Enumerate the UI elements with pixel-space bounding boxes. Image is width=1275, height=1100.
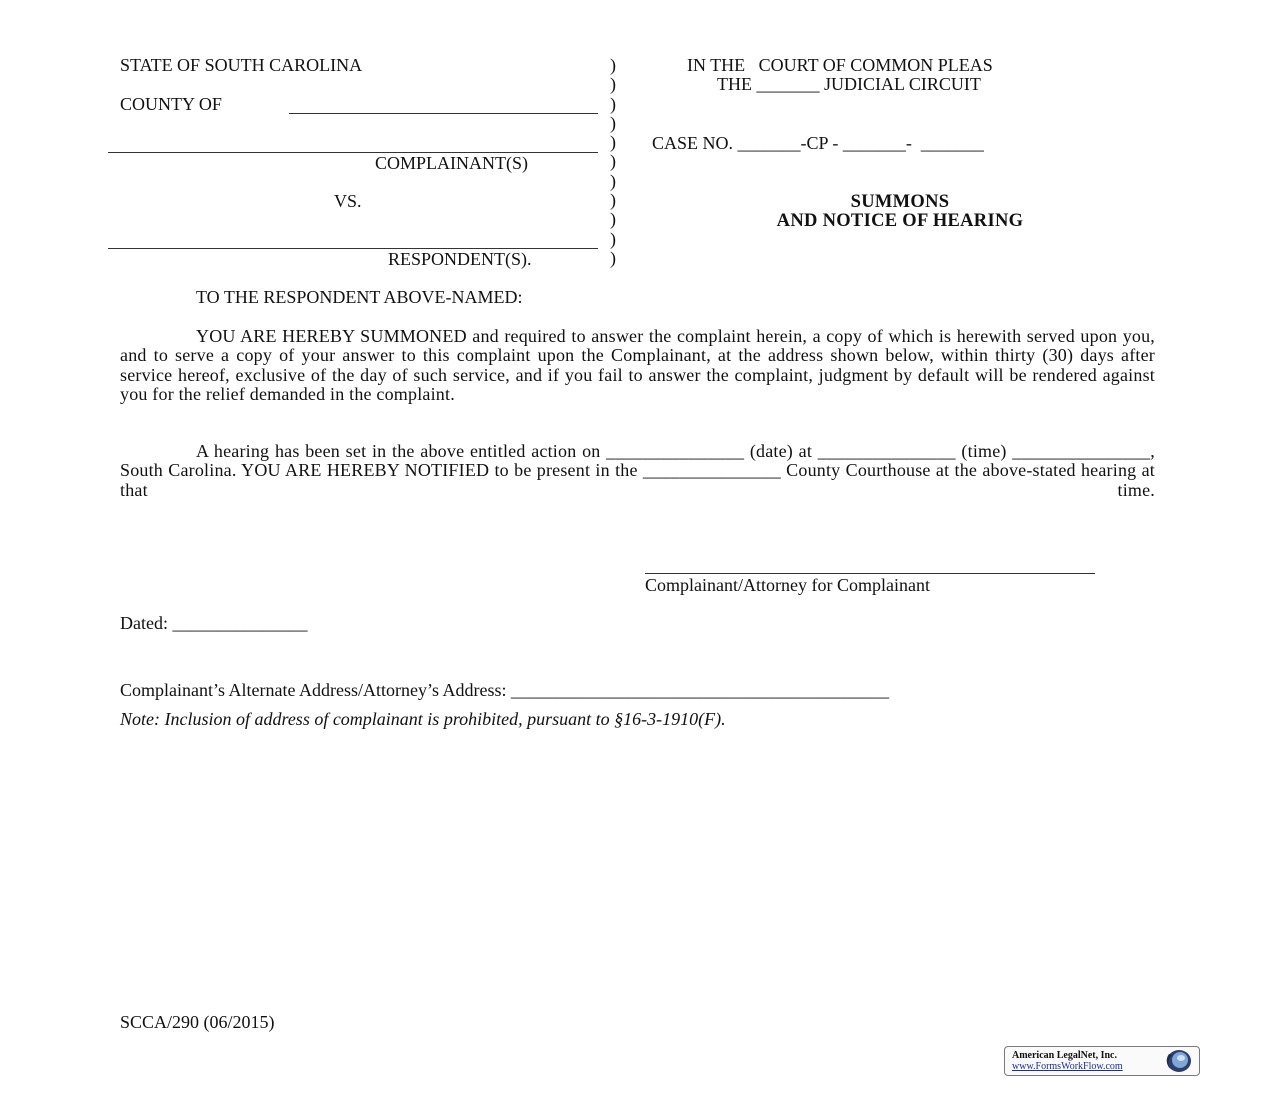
salutation: TO THE RESPONDENT ABOVE-NAMED: (196, 288, 523, 307)
state-label: STATE OF SOUTH CAROLINA (120, 56, 362, 75)
county-label: COUNTY OF (120, 95, 222, 114)
county-blank-line[interactable] (289, 113, 598, 114)
paren: ) (610, 133, 616, 152)
paren: ) (610, 75, 616, 94)
globe-logo-icon (1163, 1048, 1193, 1074)
paren: ) (610, 152, 616, 171)
logo-url-link[interactable]: www.FormsWorkFlow.com (1012, 1061, 1123, 1072)
complainant-label: COMPLAINANT(S) (375, 154, 528, 173)
paren: ) (610, 95, 616, 114)
paren: ) (610, 249, 616, 268)
paren: ) (610, 172, 616, 191)
dated-field[interactable]: Dated: _______________ (120, 614, 307, 633)
vs-label: VS. (334, 192, 362, 211)
form-id: SCCA/290 (06/2015) (120, 1013, 275, 1032)
case-number: CASE NO. _______-CP - _______- _______ (652, 134, 984, 153)
judicial-circuit: THE _______ JUDICIAL CIRCUIT (717, 75, 981, 94)
paren: ) (610, 230, 616, 249)
paren: ) (610, 56, 616, 75)
paren: ) (610, 114, 616, 133)
american-legalnet-logo[interactable]: American LegalNet, Inc. www.FormsWorkFlo… (1004, 1046, 1200, 1076)
summons-text: YOU ARE HEREBY SUMMONED and required to … (120, 326, 1155, 404)
signature-line[interactable] (645, 573, 1095, 574)
signature-label: Complainant/Attorney for Complainant (645, 576, 930, 595)
alternate-address-field[interactable]: Complainant’s Alternate Address/Attorney… (120, 681, 889, 700)
caption-divider: ) ) ) ) ) ) ) ) ) ) ) (610, 56, 616, 268)
document-title: SUMMONS (650, 192, 1150, 213)
address-note: Note: Inclusion of address of complainan… (120, 710, 726, 729)
court-name: IN THE COURT OF COMMON PLEAS (687, 56, 993, 75)
paren: ) (610, 191, 616, 210)
hearing-text: A hearing has been set in the above enti… (120, 441, 1155, 500)
logo-company: American LegalNet, Inc. (1012, 1050, 1117, 1061)
respondent-label: RESPONDENT(S). (388, 250, 532, 269)
summons-paragraph: YOU ARE HEREBY SUMMONED and required to … (120, 327, 1155, 404)
paren: ) (610, 210, 616, 229)
hearing-paragraph: A hearing has been set in the above enti… (120, 442, 1155, 519)
document-subtitle: AND NOTICE OF HEARING (650, 211, 1150, 232)
